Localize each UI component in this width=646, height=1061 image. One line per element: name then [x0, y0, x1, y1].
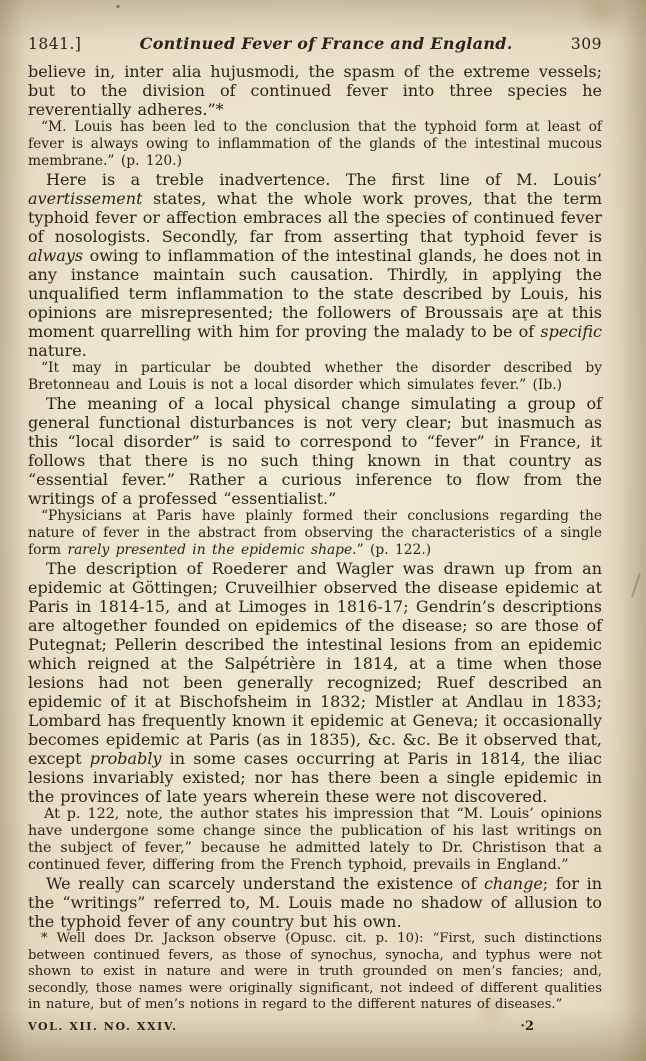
footer-volume-label: VOL. XII. NO. XXIV. — [28, 1020, 178, 1033]
header-year: 1841.] — [28, 35, 81, 53]
paragraph-opening: believe in, inter alia hujusmodi, the sp… — [28, 62, 602, 119]
paragraph-body: The description of Roederer and Wagler w… — [28, 559, 602, 806]
paper-speck — [116, 5, 120, 8]
paragraph-body: Here is a treble inadvertence. The first… — [28, 170, 602, 360]
running-head: 1841.] Continued Fever of France and Eng… — [28, 34, 602, 53]
paragraph-footnote: * Well does Dr. Jackson observe (Opusc. … — [28, 931, 602, 1014]
page-body: believe in, inter alia hujusmodi, the sp… — [28, 62, 602, 1014]
footer-signature-mark: ·2 — [520, 1019, 534, 1034]
paragraph-quote: “Physicians at Paris have plainly formed… — [28, 508, 602, 559]
margin-pen-mark — [631, 572, 641, 597]
paragraph-quote: “M. Louis has been led to the conclusion… — [28, 119, 602, 170]
page-footer: VOL. XII. NO. XXIV. ·2 — [28, 1019, 602, 1034]
header-page-number: 309 — [571, 35, 602, 53]
header-running-title: Continued Fever of France and England. — [140, 34, 513, 53]
paragraph-body: We really can scarcely understand the ex… — [28, 874, 602, 931]
scanned-book-page: 1841.] Continued Fever of France and Eng… — [0, 0, 646, 1061]
paragraph-body: The meaning of a local physical change s… — [28, 394, 602, 508]
paragraph-quote: “It may in particular be doubted whether… — [28, 360, 602, 394]
paragraph-note: At p. 122, note, the author states his i… — [28, 806, 602, 874]
text-block: 1841.] Continued Fever of France and Eng… — [28, 34, 602, 1034]
